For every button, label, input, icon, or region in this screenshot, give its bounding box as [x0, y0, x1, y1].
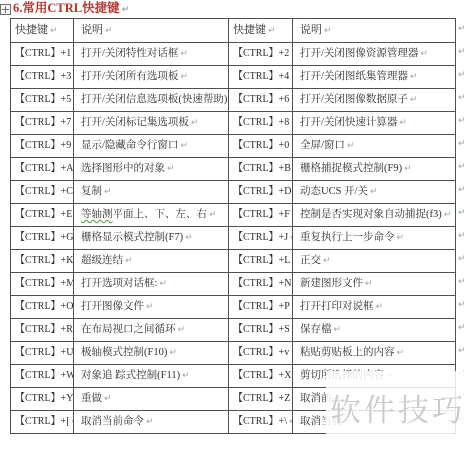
table-row: 【CTRL】+9↵ 显示/隐藏命令行窗口↵ [11, 134, 228, 157]
description-cell: 新建图形文件↵ [293, 273, 455, 295]
row-end-marks-column: ↵ ↵ ↵ ↵ ↵ ↵ ↵ ↵ ↵ ↵ ↵ ↵ [458, 18, 472, 432]
table-row: 【CTRL】+L↵ 正交↵ [229, 249, 455, 272]
shortcut-key: 【CTRL】+2 [233, 48, 289, 59]
shortcut-key: 【CTRL】+S [233, 324, 290, 335]
shortcut-description: 取消当前命令 [81, 416, 144, 427]
cell-mark: ↵ [397, 348, 405, 358]
shortcut-key: 【CTRL】+U [15, 347, 73, 358]
description-cell: 控制是否实现对象自动捕捉(f3)↵ [293, 204, 455, 226]
shortcut-cell: 【CTRL】+E↵ [11, 204, 74, 226]
shortcut-key: 【CTRL】+N [233, 278, 291, 289]
cell-mark: ↵ [178, 325, 186, 335]
description-cell: 打开/关闭图像数据原子↵ [293, 89, 455, 111]
header-shortcut-label: 快捷键 [15, 24, 48, 36]
shortcut-cell: 【CTRL】+N↵ [229, 273, 293, 295]
shortcut-description: 重复执行上一步命令 [300, 232, 395, 243]
shortcut-cell: 【CTRL】+L↵ [229, 250, 293, 272]
shortcut-key: 【CTRL】+4 [233, 71, 289, 82]
table-row: 【CTRL】+P↵ 打开打印对说框↵ [229, 295, 455, 318]
row-end-mark: ↵ [458, 248, 472, 271]
row-end-mark: ↵ [458, 133, 472, 156]
table-row: 【CTRL】+v↵ 粘贴剪贴板上的内容↵ [229, 341, 455, 364]
shortcut-cell: 【CTRL】+7↵ [11, 112, 74, 134]
cell-mark: ↵ [180, 49, 188, 59]
table-row: 【CTRL】+[↵ 取消当前命令↵ [11, 410, 228, 433]
table-row: 【CTRL】+R↵ 在布局视口之间循环↵ [11, 318, 228, 341]
description-cell: 打开/关闭标记集选项板↵ [74, 112, 228, 134]
shortcut-key: 【CTRL】+R [15, 324, 73, 335]
watermark-text: 软件技巧 [330, 385, 466, 430]
row-end-mark: ↵ [458, 156, 472, 179]
description-cell: 栅格捕捉模式控制(F9)↵ [293, 158, 455, 180]
shortcut-cell: 【CTRL】+S↵ [229, 319, 293, 341]
shortcut-cell: 【CTRL】+6↵ [229, 89, 293, 111]
table-row: 【CTRL】+C↵ 复制↵ [11, 180, 228, 203]
shortcut-key: 【CTRL】+[ [15, 416, 70, 427]
shortcut-key: 【CTRL】+B [233, 163, 291, 174]
row-end-mark: ↵ [458, 110, 472, 133]
cell-mark: ↵ [209, 210, 217, 220]
description-cell: 复制↵ [74, 181, 228, 203]
description-cell: 打开/关闭图纸集管理器↵ [293, 66, 455, 88]
shortcut-cell: 【CTRL】+G↵ [11, 227, 74, 249]
shortcut-key: 【CTRL】+1 [15, 48, 71, 59]
cell-mark: ↵ [365, 279, 373, 289]
row-end-mark: ↵ [458, 225, 472, 248]
cell-mark: ↵ [191, 118, 199, 128]
shortcut-cell: 【CTRL】+4↵ [229, 66, 293, 88]
description-cell: 栅格显示模式控制(F7)↵ [74, 227, 228, 249]
shortcut-cell: 【CTRL】+A↵ [11, 158, 74, 180]
description-cell: 打开/关闭特性对话框↵ [74, 43, 228, 65]
description-cell: 打开/关闭所有选项板↵ [74, 66, 228, 88]
cell-mark: ↵ [420, 49, 428, 59]
shortcut-key: 【CTRL】+J [233, 232, 288, 243]
shortcut-key: 【CTRL】+C [15, 186, 73, 197]
shortcut-description: 新建图形文件 [300, 278, 363, 289]
shortcut-key: 【CTRL】+X [233, 370, 291, 381]
shortcut-description: 打开打印对说框 [300, 301, 374, 312]
shortcut-description: 粘贴剪贴板上的内容 [300, 347, 395, 358]
description-cell: 选择图形中的对象↵ [74, 158, 228, 180]
row-end-mark: ↵ [458, 41, 472, 64]
table-row: 【CTRL】+3↵ 打开/关闭所有选项板↵ [11, 65, 228, 88]
table-row: 【CTRL】+O↵ 打开图像文件↵ [11, 295, 228, 318]
description-cell: 动态UCS 开/关↵ [293, 181, 455, 203]
table-header-row: 快捷键↵ 说明↵ [11, 19, 228, 42]
shortcut-description: 复制 [81, 186, 102, 197]
cell-mark: ↵ [444, 210, 452, 220]
shortcut-key: 【CTRL】+0 [233, 140, 289, 151]
row-end-mark: ↵ [458, 202, 472, 225]
description-cell: 打开/关闭信息选项板(快速帮助)↵ [74, 89, 228, 111]
shortcut-key: 【CTRL】+K [15, 255, 73, 266]
shortcut-cell: 【CTRL】+U↵ [11, 342, 74, 364]
cell-mark: ↵ [50, 26, 58, 36]
row-end-mark: ↵ [458, 64, 472, 87]
cell-mark: ↵ [410, 95, 418, 105]
cell-mark: ↵ [146, 417, 154, 427]
shortcut-description: 动态UCS 开/关 [300, 186, 368, 197]
section-title: 6.常用CTRL快捷键↵ [13, 0, 129, 17]
shortcut-description: 打开/关闭标记集选项板 [81, 117, 189, 128]
shortcut-cell: 【CTRL】+C↵ [11, 181, 74, 203]
row-end-mark: ↵ [458, 271, 472, 294]
shortcut-key: 【CTRL】+v [233, 347, 289, 358]
description-cell: 等轴测平面上、下、左、右↵ [74, 204, 228, 226]
header-shortcut-label: 快捷键 [233, 24, 266, 36]
shortcut-cell: 【CTRL】+[↵ [11, 411, 74, 433]
shortcut-key: 【CTRL】+7 [15, 117, 71, 128]
row-end-mark: ↵ [458, 317, 472, 340]
paragraph-mark: ↵ [122, 5, 130, 15]
shortcut-cell: 【CTRL】+Y↵ [11, 388, 74, 410]
shortcut-key: 【CTRL】+P [233, 301, 290, 312]
table-row: 【CTRL】+0↵ 全屏/窗口↵ [229, 134, 455, 157]
table-row: 【CTRL】+4↵ 打开/关闭图纸集管理器↵ [229, 65, 455, 88]
table-row: 【CTRL】+6↵ 打开/关闭图像数据原子↵ [229, 88, 455, 111]
shortcut-cell: 【CTRL】+8↵ [229, 112, 293, 134]
shortcut-description: 选择图形中的对象 [81, 163, 165, 174]
shortcut-table-left: 快捷键↵ 说明↵ 【CTRL】+1↵ 打开/关闭特性对话框↵ 【CTRL】+3↵… [10, 18, 229, 434]
shortcut-cell: 【CTRL】+9↵ [11, 135, 74, 157]
shortcut-description: 打开/关闭信息选项板(快速帮助) [81, 94, 227, 105]
cell-mark: ↵ [370, 187, 378, 197]
cell-mark: ↵ [169, 348, 177, 358]
shortcut-description: 打开/关闭快速计算器 [300, 117, 397, 128]
description-cell: 保存檔↵ [293, 319, 455, 341]
description-cell: 重复执行上一步命令↵ [293, 227, 455, 249]
row-end-mark: ↵ [458, 340, 472, 363]
shortcut-cell: 【CTRL】+3↵ [11, 66, 74, 88]
row-end-mark: ↵ [458, 18, 472, 41]
shortcut-description: 打开/关闭特性对话框 [81, 48, 178, 59]
cell-mark: ↵ [182, 371, 190, 381]
shortcut-cell: 【CTRL】+W↵ [11, 365, 74, 387]
table-row: 【CTRL】+F↵ 控制是否实现对象自动捕捉(f3)↵ [229, 203, 455, 226]
shortcut-cell: 【CTRL】+0↵ [229, 135, 293, 157]
shortcut-description: 超级连结 [81, 255, 123, 266]
shortcut-description: 正交 [300, 255, 321, 266]
shortcut-key: 【CTRL】+F [233, 209, 290, 220]
table-row: 【CTRL】+K↵ 超级连结↵ [11, 249, 228, 272]
cell-mark: ↵ [324, 26, 332, 36]
shortcut-key: 【CTRL】+\ [233, 416, 287, 427]
shortcut-description: 栅格捕捉模式控制(F9) [300, 163, 402, 174]
table-row: 【CTRL】+8↵ 打开/关闭快速计算器↵ [229, 111, 455, 134]
shortcut-key: 【CTRL】+Y [15, 393, 73, 404]
cell-mark: ↵ [347, 141, 355, 151]
shortcut-cell: 【CTRL】+1↵ [11, 43, 74, 65]
table-row: 【CTRL】+S↵ 保存檔↵ [229, 318, 455, 341]
table-row: 【CTRL】+E↵ 等轴测平面上、下、左、右↵ [11, 203, 228, 226]
shortcut-description: 重做 [81, 393, 102, 404]
shortcut-key: 【CTRL】+6 [233, 94, 289, 105]
shortcut-description: 等轴测平面上、下、左、右 [81, 209, 207, 220]
table-row: 【CTRL】+1↵ 打开/关闭特性对话框↵ [11, 42, 228, 65]
table-row: 【CTRL】+B↵ 栅格捕捉模式控制(F9)↵ [229, 157, 455, 180]
shortcut-description: 在布局视口之间循环 [81, 324, 176, 335]
shortcut-key: 【CTRL】+5 [15, 94, 71, 105]
row-end-mark: ↵ [458, 294, 472, 317]
shortcut-cell: 【CTRL】+Z↵ [229, 388, 293, 410]
shortcut-description: 极轴模式控制(F10) [81, 347, 167, 358]
description-cell: 打开/关闭图像资源管理器↵ [293, 43, 455, 65]
shortcut-key: 【CTRL】+3 [15, 71, 71, 82]
cell-mark: ↵ [146, 302, 154, 312]
description-cell: 重做↵ [74, 388, 228, 410]
table-row: 【CTRL】+Y↵ 重做↵ [11, 387, 228, 410]
shortcut-key: 【CTRL】+G [15, 232, 73, 243]
cell-mark: ↵ [323, 256, 331, 266]
shortcut-key: 【CTRL】+L [233, 255, 290, 266]
cell-mark: ↵ [167, 164, 175, 174]
table-row: 【CTRL】+U↵ 极轴模式控制(F10)↵ [11, 341, 228, 364]
shortcut-description: 打开选项对话框: [81, 278, 157, 289]
shortcut-cell: 【CTRL】+X↵ [229, 365, 293, 387]
shortcut-description: 保存檔 [300, 324, 332, 335]
header-shortcut-cell: 快捷键↵ [229, 19, 293, 42]
cell-mark: ↵ [159, 279, 167, 289]
table-row: 【CTRL】+M↵ 打开选项对话框:↵ [11, 272, 228, 295]
row-end-mark: ↵ [458, 179, 472, 202]
shortcut-cell: 【CTRL】+2↵ [229, 43, 293, 65]
table-row: 【CTRL】+J↵ 重复执行上一步命令↵ [229, 226, 455, 249]
table-row: 【CTRL】+2↵ 打开/关闭图像资源管理器↵ [229, 42, 455, 65]
header-description-cell: 说明↵ [74, 19, 228, 42]
cell-mark: ↵ [404, 164, 412, 174]
table-row: 【CTRL】+N↵ 新建图形文件↵ [229, 272, 455, 295]
shortcut-cell: 【CTRL】+B↵ [229, 158, 293, 180]
description-cell: 极轴模式控制(F10)↵ [74, 342, 228, 364]
shortcut-description: 全屏/窗口 [300, 140, 345, 151]
shortcut-key: 【CTRL】+Z [233, 393, 290, 404]
description-cell: 打开选项对话框:↵ [74, 273, 228, 295]
shortcut-key: 【CTRL】+8 [233, 117, 289, 128]
shortcut-description: 打开/关闭所有选项板 [81, 71, 178, 82]
cell-mark: ↵ [334, 325, 342, 335]
shortcut-cell: 【CTRL】+K↵ [11, 250, 74, 272]
cell-mark: ↵ [397, 233, 405, 243]
cell-mark: ↵ [104, 394, 112, 404]
shortcut-description: 打开/关闭图像资源管理器 [300, 48, 418, 59]
shortcut-cell: 【CTRL】+R↵ [11, 319, 74, 341]
cell-mark: ↵ [399, 118, 407, 128]
shortcut-description: 对象追 踪式控制(F11) [81, 370, 180, 381]
table-row: 【CTRL】+7↵ 打开/关闭标记集选项板↵ [11, 111, 228, 134]
shortcut-cell: 【CTRL】+M↵ [11, 273, 74, 295]
shortcut-description: 栅格显示模式控制(F7) [81, 232, 183, 243]
description-cell: 超级连结↵ [74, 250, 228, 272]
description-cell: 对象追 踪式控制(F11)↵ [74, 365, 228, 387]
shortcut-cell: 【CTRL】+D↵ [229, 181, 293, 203]
cell-mark: ↵ [268, 26, 276, 36]
table-row: 【CTRL】+5↵ 打开/关闭信息选项板(快速帮助)↵ [11, 88, 228, 111]
table-row: 【CTRL】+W↵ 对象追 踪式控制(F11)↵ [11, 364, 228, 387]
description-cell: 全屏/窗口↵ [293, 135, 455, 157]
shortcut-description: 显示/隐藏命令行窗口 [81, 140, 178, 151]
description-cell: 在布局视口之间循环↵ [74, 319, 228, 341]
cell-mark: ↵ [410, 72, 418, 82]
section-title-text: 6.常用CTRL快捷键 [13, 1, 120, 15]
shortcut-cell: 【CTRL】+P↵ [229, 296, 293, 318]
cell-mark: ↵ [376, 302, 384, 312]
document-page: 6.常用CTRL快捷键↵ 快捷键↵ 说明↵ 【CTRL】+1↵ 打开/关闭特性对… [0, 0, 475, 449]
shortcut-cell: 【CTRL】+J↵ [229, 227, 293, 249]
shortcut-cell: 【CTRL】+v↵ [229, 342, 293, 364]
cell-mark: ↵ [125, 256, 133, 266]
shortcut-cell: 【CTRL】+O↵ [11, 296, 74, 318]
description-cell: 打开图像文件↵ [74, 296, 228, 318]
table-move-handle-icon[interactable] [0, 4, 11, 15]
cell-mark: ↵ [180, 141, 188, 151]
shortcut-key: 【CTRL】+E [15, 209, 72, 220]
shortcut-cell: 【CTRL】+\↵ [229, 411, 293, 433]
cell-mark: ↵ [104, 187, 112, 197]
shortcut-key: 【CTRL】+9 [15, 140, 71, 151]
shortcut-description: 打开/关闭图纸集管理器 [300, 71, 408, 82]
description-cell: 打开打印对说框↵ [293, 296, 455, 318]
shortcut-cell: 【CTRL】+5↵ [11, 89, 74, 111]
shortcut-key: 【CTRL】+D [233, 186, 291, 197]
row-end-mark: ↵ [458, 87, 472, 110]
description-cell: 粘贴剪贴板上的内容↵ [293, 342, 455, 364]
shortcut-key: 【CTRL】+M [15, 278, 74, 289]
shortcut-key: 【CTRL】+W [15, 370, 74, 381]
header-description-label: 说明 [81, 24, 103, 36]
header-description-cell: 说明↵ [293, 19, 455, 42]
description-cell: 打开/关闭快速计算器↵ [293, 112, 455, 134]
table-row: 【CTRL】+A↵ 选择图形中的对象↵ [11, 157, 228, 180]
description-cell: 正交↵ [293, 250, 455, 272]
cell-mark: ↵ [185, 233, 193, 243]
description-cell: 显示/隐藏命令行窗口↵ [74, 135, 228, 157]
shortcut-key: 【CTRL】+A [15, 163, 73, 174]
shortcut-key: 【CTRL】+O [15, 301, 73, 312]
description-cell: 取消当前命令↵ [74, 411, 228, 433]
table-header-row: 快捷键↵ 说明↵ [229, 19, 455, 42]
cell-mark: ↵ [180, 72, 188, 82]
shortcut-description: 打开图像文件 [81, 301, 144, 312]
shortcut-cell: 【CTRL】+F↵ [229, 204, 293, 226]
shortcut-description: 控制是否实现对象自动捕捉(f3) [300, 209, 442, 220]
table-row: 【CTRL】+D↵ 动态UCS 开/关↵ [229, 180, 455, 203]
header-shortcut-cell: 快捷键↵ [11, 19, 74, 42]
cell-mark: ↵ [105, 26, 113, 36]
header-description-label: 说明 [300, 24, 322, 36]
shortcut-description: 打开/关闭图像数据原子 [300, 94, 408, 105]
table-row: 【CTRL】+G↵ 栅格显示模式控制(F7)↵ [11, 226, 228, 249]
